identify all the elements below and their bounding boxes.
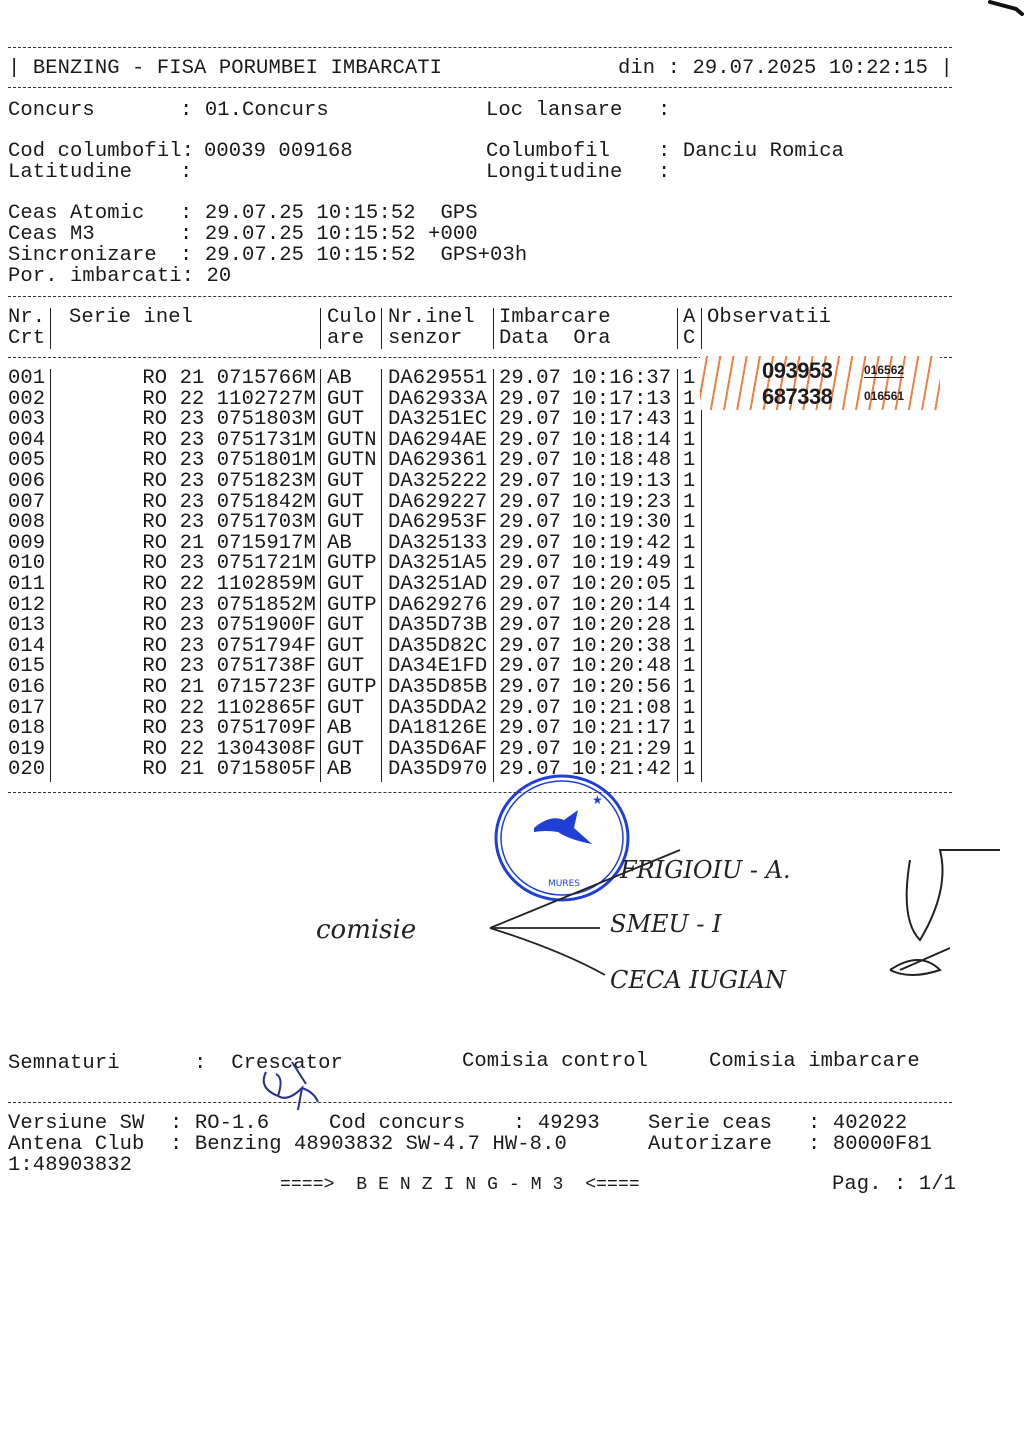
serie-ceas-label: Serie ceas [648, 1113, 772, 1134]
cell-date: 29.07 [499, 431, 561, 452]
cell-ac: 1 [683, 390, 695, 411]
column-divider [50, 369, 51, 782]
longitudine-value-wrap: : [658, 162, 683, 183]
autorizare-value-wrap: : 80000F81 [808, 1134, 932, 1155]
cell-color: GUT [327, 616, 364, 637]
document-date: din : 29.07.2025 10:22:15 | [618, 58, 953, 79]
handwritten-name-2: SMEU - I [610, 910, 722, 938]
cell-time: 10:19:49 [572, 554, 671, 575]
cell-date: 29.07 [499, 451, 561, 472]
cell-ring: RO 23 0751709F [8, 719, 316, 740]
cell-sensor: DA35DDA2 [388, 699, 487, 720]
cell-time: 10:21:29 [572, 740, 671, 761]
cell-date: 29.07 [499, 719, 561, 740]
cell-date: 29.07 [499, 699, 561, 720]
header-senzor-2: senzor [388, 328, 462, 349]
cell-date: 29.07 [499, 616, 561, 637]
cell-color: AB [327, 534, 352, 555]
cod-columbofil-label-text: Cod columbofil [8, 140, 182, 163]
cell-ring: RO 23 0751731M [8, 431, 316, 452]
cod-columbofil-label: Cod columbofil: [8, 141, 194, 162]
autorizare-label: Autorizare [648, 1134, 772, 1155]
latitudine-label: Latitudine [8, 162, 132, 183]
cell-sensor: DA35D6AF [388, 740, 487, 761]
cell-time: 10:21:08 [572, 699, 671, 720]
cell-color: GUTN [327, 431, 377, 452]
column-divider [493, 308, 494, 349]
loc-lansare-value-wrap: : [658, 100, 683, 121]
columbofil-value-wrap: : Danciu Romica [658, 141, 844, 162]
cell-date: 29.07 [499, 410, 561, 431]
cell-ring: RO 22 1102865F [8, 699, 316, 720]
comisia-control-label: Comisia control [462, 1051, 648, 1072]
cell-color: AB [327, 369, 352, 390]
document-title: BENZING - FISA PORUMBEI IMBARCATI [33, 57, 442, 80]
page-label: Pag. [832, 1173, 882, 1196]
cell-date: 29.07 [499, 657, 561, 678]
cell-time: 10:18:48 [572, 451, 671, 472]
cell-ring: RO 21 0715766M [8, 369, 316, 390]
seal-code-1-small: 016562 [864, 363, 904, 378]
cell-time: 10:19:42 [572, 534, 671, 555]
cell-sensor: DA62933A [388, 390, 487, 411]
antena-club-label: Antena Club [8, 1134, 144, 1155]
cell-ac: 1 [683, 410, 695, 431]
cell-ac: 1 [683, 678, 695, 699]
cell-color: GUTP [327, 596, 377, 617]
cell-date: 29.07 [499, 637, 561, 658]
cell-date: 29.07 [499, 390, 561, 411]
cell-sensor: DA6294AE [388, 431, 487, 452]
svg-text:★: ★ [592, 793, 603, 807]
serie-ceas-value: 402022 [833, 1112, 907, 1135]
header-imbarcare-2: Data Ora [499, 328, 611, 349]
cell-time: 10:21:17 [572, 719, 671, 740]
cell-ac: 1 [683, 554, 695, 575]
cell-color: GUT [327, 410, 364, 431]
autorizare-value: 80000F81 [833, 1133, 932, 1156]
benzing-banner: ====> B E N Z I N G - M 3 <==== [280, 1175, 640, 1196]
cell-sensor: DA35D82C [388, 637, 487, 658]
header-ac-1: A [683, 307, 695, 328]
cell-time: 10:20:14 [572, 596, 671, 617]
cell-date: 29.07 [499, 534, 561, 555]
divider [8, 296, 952, 297]
cell-ac: 1 [683, 431, 695, 452]
ceas-m3-label: Ceas M3 [8, 224, 95, 245]
cell-color: GUT [327, 493, 364, 514]
column-divider [381, 308, 382, 349]
cell-date: 29.07 [499, 596, 561, 617]
cell-color: GUT [327, 657, 364, 678]
antena-club-value: Benzing 48903832 SW-4.7 HW-8.0 [195, 1133, 567, 1156]
cod-concurs-value: 49293 [538, 1112, 600, 1135]
ceas-atomic-value-wrap: : 29.07.25 10:15:52 GPS [180, 203, 478, 224]
antena-club-value-wrap: : Benzing 48903832 SW-4.7 HW-8.0 [170, 1134, 567, 1155]
cell-time: 10:20:38 [572, 637, 671, 658]
cell-ac: 1 [683, 719, 695, 740]
sincronizare-value: 29.07.25 10:15:52 GPS+03h [205, 244, 527, 267]
cell-time: 10:20:05 [572, 575, 671, 596]
column-divider [677, 369, 678, 782]
cell-sensor: DA35D73B [388, 616, 487, 637]
cell-sensor: DA325133 [388, 534, 487, 555]
cell-time: 10:20:28 [572, 616, 671, 637]
header-senzor-1: Nr.inel [388, 307, 475, 328]
divider [8, 792, 952, 793]
cell-ring: RO 21 0715917M [8, 534, 316, 555]
cell-ring: RO 22 1304308F [8, 740, 316, 761]
cell-ring: RO 23 0751900F [8, 616, 316, 637]
cell-ring: RO 23 0751703M [8, 513, 316, 534]
concurs-value-wrap: : 01.Concurs [180, 100, 329, 121]
versiune-sw-label: Versiune SW [8, 1113, 144, 1134]
cell-sensor: DA325222 [388, 472, 487, 493]
cell-ac: 1 [683, 740, 695, 761]
loc-lansare-label: Loc lansare [486, 100, 622, 121]
cell-color: GUT [327, 575, 364, 596]
divider [8, 47, 952, 48]
scan-corner-mark [988, 0, 1024, 16]
cell-color: GUTP [327, 554, 377, 575]
cell-time: 10:19:13 [572, 472, 671, 493]
cell-date: 29.07 [499, 678, 561, 699]
serie-ceas-value-wrap: : 402022 [808, 1113, 907, 1134]
handwritten-name-1: FRIGIOIU - A. [619, 856, 791, 884]
semnaturi-label-text: Semnaturi [8, 1052, 120, 1075]
handwritten-commission-signatures: comisie FRIGIOIU - A. SMEU - I CECA IUGI… [300, 810, 1000, 1010]
cell-ring: RO 22 1102859M [8, 575, 316, 596]
cell-ring: RO 21 0715723F [8, 678, 316, 699]
crescator-signature [248, 1058, 338, 1118]
cell-sensor: DA3251A5 [388, 554, 487, 575]
cell-ring: RO 23 0751823M [8, 472, 316, 493]
cell-ring: RO 23 0751794F [8, 637, 316, 658]
columbofil-label: Columbofil [486, 141, 610, 162]
cell-sensor: DA3251AD [388, 575, 487, 596]
ceas-m3-value: 29.07.25 10:15:52 +000 [205, 223, 478, 246]
page-indicator: Pag. : 1/1 [832, 1174, 956, 1195]
handwritten-comisie: comisie [316, 915, 416, 945]
divider [8, 87, 952, 88]
cell-time: 10:18:14 [572, 431, 671, 452]
column-divider [701, 369, 702, 782]
cell-sensor: DA35D85B [388, 678, 487, 699]
cell-ac: 1 [683, 493, 695, 514]
por-imbarcati-label-text: Por. imbarcati [8, 265, 182, 288]
cell-sensor: DA629551 [388, 369, 487, 390]
cell-ring: RO 21 0715805F [8, 760, 316, 781]
concurs-label: Concurs [8, 99, 95, 122]
cell-ac: 1 [683, 575, 695, 596]
versiune-sw-value: RO-1.6 [195, 1112, 269, 1135]
cell-color: AB [327, 719, 352, 740]
date-label: din [618, 57, 655, 80]
cell-time: 10:20:48 [572, 657, 671, 678]
cell-sensor: DA629227 [388, 493, 487, 514]
header-culoare-2: are [327, 328, 364, 349]
cell-sensor: DA629361 [388, 451, 487, 472]
cell-sensor: DA34E1FD [388, 657, 487, 678]
cell-color: GUT [327, 472, 364, 493]
concurs-value: 01.Concurs [205, 99, 329, 122]
header-imbarcare-1: Imbarcare [499, 307, 611, 328]
cod-concurs-value-wrap: : 49293 [513, 1113, 600, 1134]
cell-ac: 1 [683, 513, 695, 534]
cell-ring: RO 23 0751801M [8, 451, 316, 472]
document-header: | BENZING - FISA PORUMBEI IMBARCATI [8, 58, 442, 79]
cell-color: GUT [327, 637, 364, 658]
longitudine-label: Longitudine [486, 162, 622, 183]
page-value: 1/1 [919, 1173, 956, 1196]
cell-ac: 1 [683, 699, 695, 720]
cell-time: 10:17:43 [572, 410, 671, 431]
cell-sensor: DA18126E [388, 719, 487, 740]
cell-ring: RO 22 1102727M [8, 390, 316, 411]
cell-color: GUTP [327, 678, 377, 699]
cell-time: 10:19:30 [572, 513, 671, 534]
column-divider [381, 369, 382, 782]
cell-ring: RO 23 0751721M [8, 554, 316, 575]
cell-ring: RO 23 0751852M [8, 596, 316, 617]
cell-ac: 1 [683, 534, 695, 555]
header-ac-2: C [683, 328, 695, 349]
cell-color: GUT [327, 740, 364, 761]
cell-time: 10:20:56 [572, 678, 671, 699]
latitudine-value-wrap: : [180, 162, 205, 183]
antena-extra: 1:48903832 [8, 1155, 132, 1176]
cell-sensor: DA3251EC [388, 410, 487, 431]
cell-time: 10:17:13 [572, 390, 671, 411]
header-observatii: Observatii [707, 307, 831, 328]
cell-time: 10:16:37 [572, 369, 671, 390]
cell-date: 29.07 [499, 513, 561, 534]
header-culoare-1: Culo [327, 307, 377, 328]
header-nr: Nr. [8, 307, 45, 328]
cell-color: GUT [327, 513, 364, 534]
header-crt: Crt [8, 328, 45, 349]
cell-ac: 1 [683, 637, 695, 658]
cod-concurs-label: Cod concurs [329, 1113, 465, 1134]
header-left-bar: | [8, 57, 33, 80]
security-seal-sticker: 093953 016562 687338 016561 [700, 356, 940, 410]
cell-date: 29.07 [499, 369, 561, 390]
cell-color: GUT [327, 390, 364, 411]
cell-sensor: DA629276 [388, 596, 487, 617]
columbofil-value: Danciu Romica [683, 140, 844, 163]
comisia-imbarcare-label: Comisia imbarcare [709, 1051, 920, 1072]
column-divider [677, 308, 678, 349]
por-imbarcati-label: Por. imbarcati: 20 [8, 266, 231, 287]
cell-color: GUT [327, 699, 364, 720]
column-divider [320, 308, 321, 349]
versiune-sw-value-wrap: : RO-1.6 [170, 1113, 269, 1134]
cell-ring: RO 23 0751842M [8, 493, 316, 514]
cell-color: AB [327, 760, 352, 781]
cell-color: GUTN [327, 451, 377, 472]
cell-ac: 1 [683, 472, 695, 493]
cell-time: 10:19:23 [572, 493, 671, 514]
seal-code-2: 687338 [762, 384, 832, 410]
cod-columbofil-value: 00039 009168 [204, 141, 353, 162]
ceas-atomic-value: 29.07.25 10:15:52 GPS [205, 202, 478, 225]
ceas-m3-value-wrap: : 29.07.25 10:15:52 +000 [180, 224, 478, 245]
cell-ring: RO 23 0751738F [8, 657, 316, 678]
cell-ring: RO 23 0751803M [8, 410, 316, 431]
column-divider [493, 369, 494, 782]
handwritten-name-3: CECA IUGIAN [610, 966, 787, 994]
cell-date: 29.07 [499, 472, 561, 493]
date-value: 29.07.2025 10:22:15 [692, 57, 928, 80]
concurs-row: Concurs [8, 100, 95, 121]
cell-sensor: DA35D970 [388, 760, 487, 781]
cell-ac: 1 [683, 369, 695, 390]
cell-date: 29.07 [499, 740, 561, 761]
cell-ac: 1 [683, 596, 695, 617]
seal-code-2-small: 016561 [864, 389, 904, 403]
seal-code-1: 093953 [762, 358, 832, 384]
cell-ac: 1 [683, 657, 695, 678]
ceas-atomic-label: Ceas Atomic [8, 203, 144, 224]
column-divider [320, 369, 321, 782]
por-imbarcati-value: 20 [206, 265, 231, 288]
cell-ac: 1 [683, 451, 695, 472]
cell-ac: 1 [683, 760, 695, 781]
sincronizare-label: Sincronizare [8, 245, 157, 266]
cell-ac: 1 [683, 616, 695, 637]
cell-date: 29.07 [499, 493, 561, 514]
cell-sensor: DA62953F [388, 513, 487, 534]
column-divider [50, 308, 51, 349]
cell-date: 29.07 [499, 575, 561, 596]
divider [8, 1102, 952, 1103]
header-serie-inel: Serie inel [69, 307, 193, 328]
column-divider [701, 308, 702, 349]
cell-date: 29.07 [499, 554, 561, 575]
sincronizare-value-wrap: : 29.07.25 10:15:52 GPS+03h [180, 245, 527, 266]
